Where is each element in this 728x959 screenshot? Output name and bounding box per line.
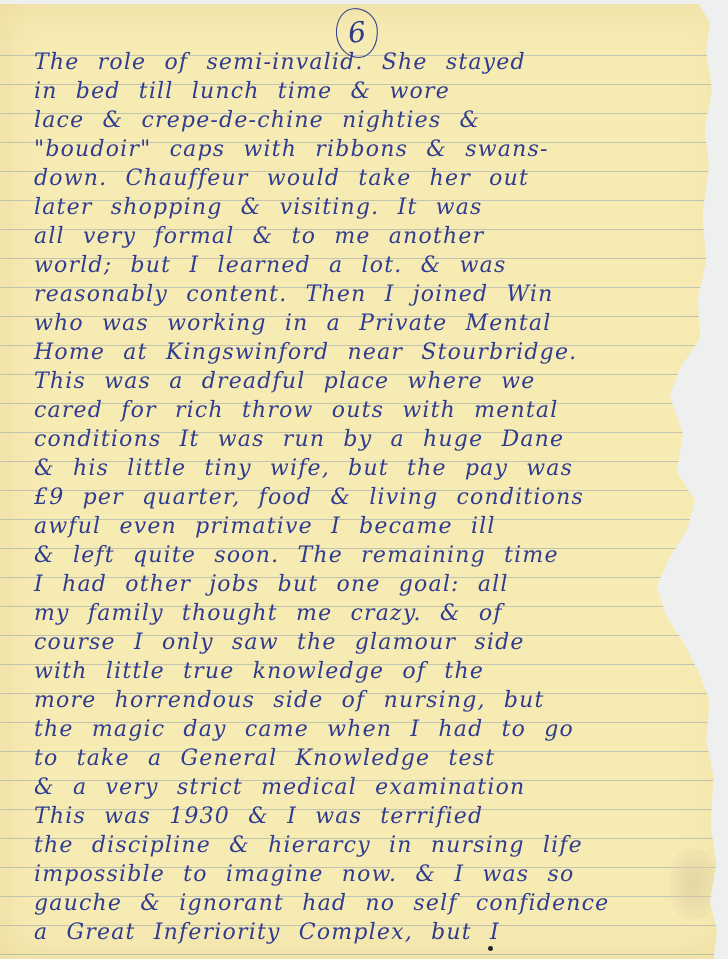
text-line: all very formal & to me another [34,222,674,251]
text-line: the magic day came when I had to go [34,715,674,744]
text-line: course I only saw the glamour side [34,628,674,657]
text-line: & a very strict medical examination [34,773,674,802]
text-line: & his little tiny wife, but the pay was [34,454,674,483]
text-line: Home at Kingswinford near Stourbridge. [34,338,674,367]
text-line: down. Chauffeur would take her out [34,164,674,193]
text-line: in bed till lunch time & wore [34,77,674,106]
text-line: The role of semi-invalid. She stayed [34,48,674,77]
text-line: more horrendous side of nursing, but [34,686,674,715]
handwritten-text-body: The role of semi-invalid. She stayed in … [34,48,674,947]
text-line: world; but I learned a lot. & was [34,251,674,280]
handwritten-page: 6 The role of semi-invalid. She stayed i… [0,4,728,959]
text-line: with little true knowledge of the [34,657,674,686]
text-line: conditions It was run by a huge Dane [34,425,674,454]
text-line: impossible to imagine now. & I was so [34,860,674,889]
text-line: £9 per quarter, food & living conditions [34,483,674,512]
text-line: a Great Inferiority Complex, but I [34,918,674,947]
text-line: This was a dreadful place where we [34,367,674,396]
ink-dot [488,946,493,951]
text-line: my family thought me crazy. & of [34,599,674,628]
text-line: who was working in a Private Mental [34,309,674,338]
text-line: later shopping & visiting. It was [34,193,674,222]
text-line: awful even primative I became ill [34,512,674,541]
text-line: to take a General Knowledge test [34,744,674,773]
text-line: gauche & ignorant had no self confidence [34,889,674,918]
text-line: reasonably content. Then I joined Win [34,280,674,309]
paper-stain [670,849,716,919]
text-line: the discipline & hierarcy in nursing lif… [34,831,674,860]
text-line: cared for rich throw outs with mental [34,396,674,425]
text-line: This was 1930 & I was terrified [34,802,674,831]
text-line: I had other jobs but one goal: all [34,570,674,599]
text-line: "boudoir" caps with ribbons & swans- [34,135,674,164]
text-line: & left quite soon. The remaining time [34,541,674,570]
text-line: lace & crepe-de-chine nighties & [34,106,674,135]
